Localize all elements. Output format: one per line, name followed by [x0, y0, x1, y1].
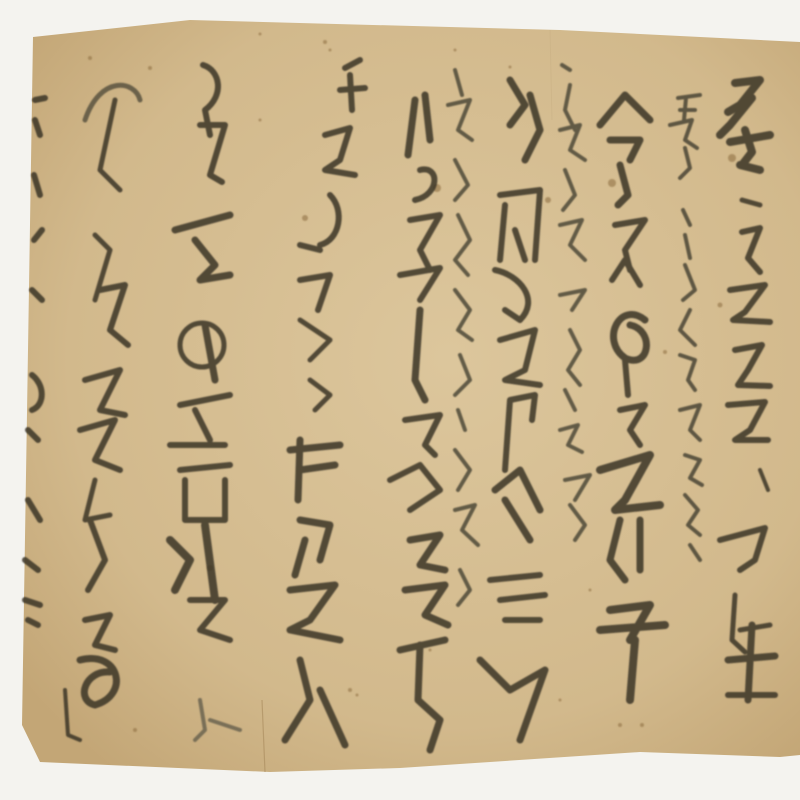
paper-sheet: [0, 0, 800, 800]
document-photo: [0, 0, 800, 800]
